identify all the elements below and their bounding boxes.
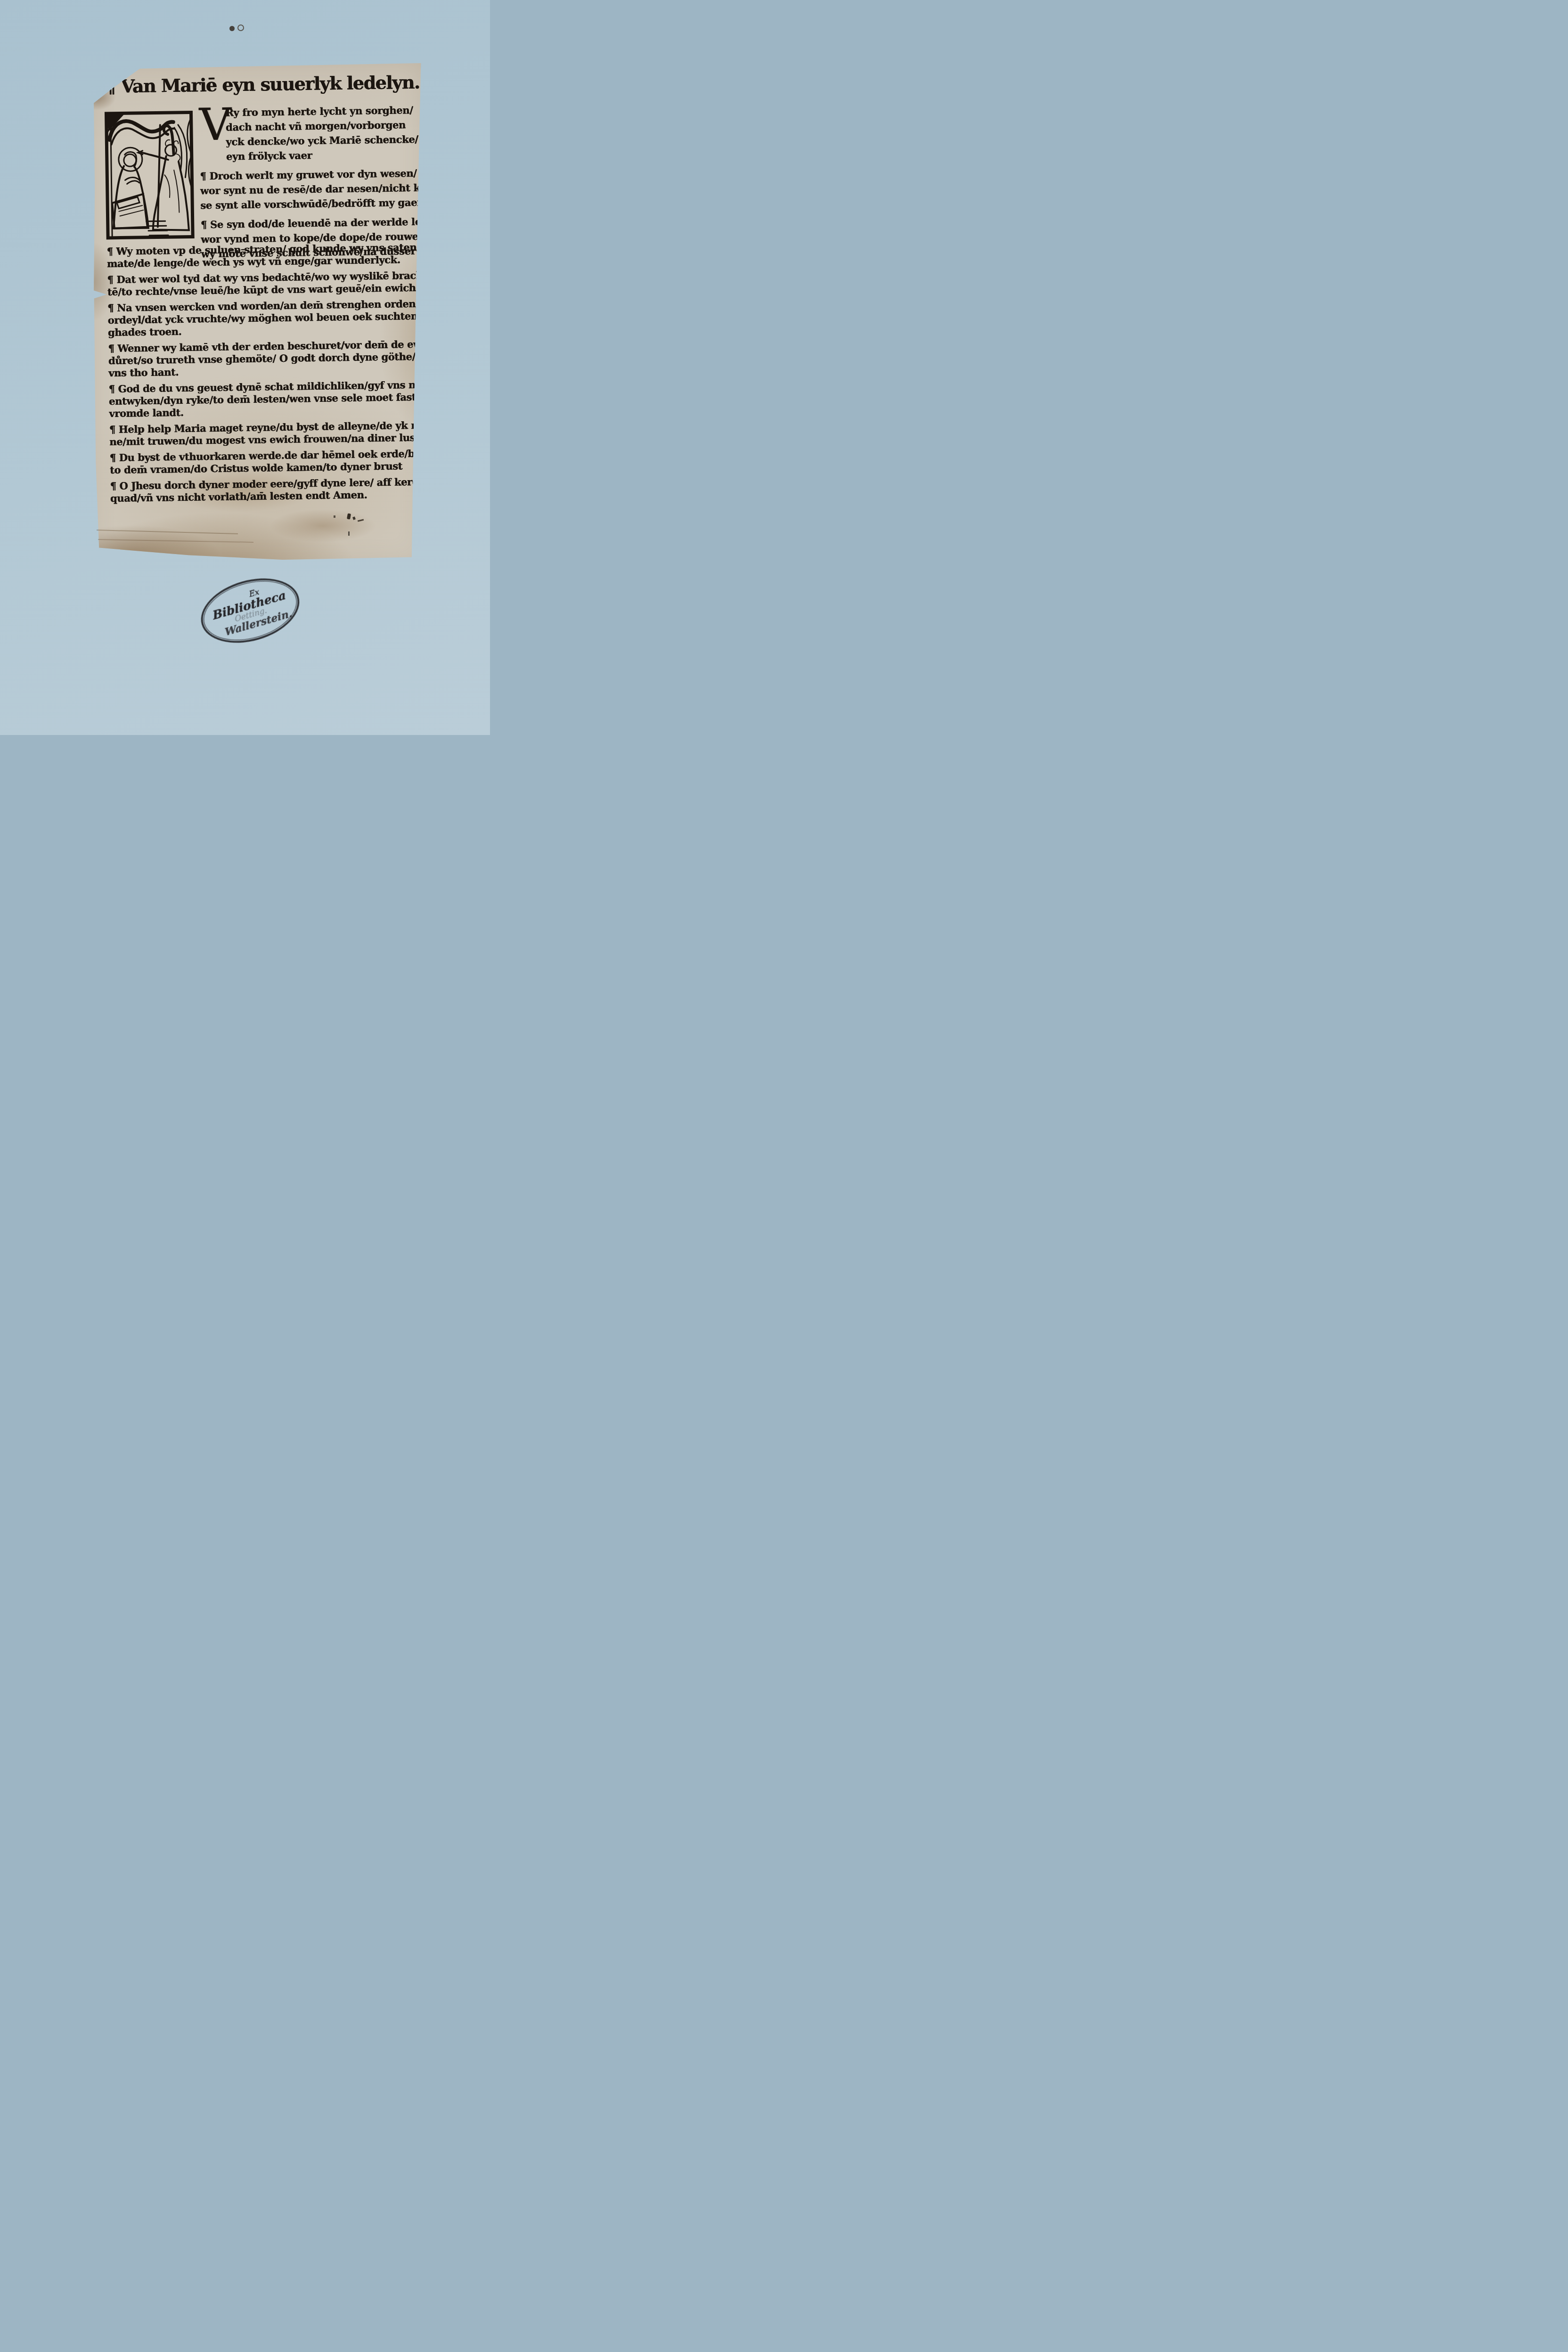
annunciation-woodcut — [103, 108, 196, 241]
full-width-text-block: ¶ Wy moten vp de suluen straten/ god kun… — [106, 241, 419, 508]
stanza-11: ¶ O Jhesu dorch dyner moder eere/gyff dy… — [110, 476, 419, 505]
stanza-8: ¶ God de du vns geuest dynē schat mildic… — [108, 379, 418, 420]
stanza-10: ¶ Du byst de vthuorkaren werde.de dar hē… — [110, 448, 419, 476]
ink-speck — [334, 515, 335, 518]
stanza-7: ¶ Wenner wy kamē vth der erden beschuret… — [108, 338, 417, 379]
printed-content: ¶ Van Mariē eyn suuerlyk ledelyn. — [93, 60, 428, 563]
broadside-leaf: ¶ Van Mariē eyn suuerlyk ledelyn. — [93, 62, 421, 561]
stanza-9: ¶ Help help Maria maget reyne/du byst de… — [109, 419, 419, 448]
poem-line: se synt alle vorschwūdē/bedröfft my gaer… — [200, 195, 415, 212]
page-title: ¶ Van Mariē eyn suuerlyk ledelyn. — [104, 72, 412, 97]
photograph-of-broadside: ¶ Van Mariē eyn suuerlyk ledelyn. — [0, 0, 490, 735]
ink-ring-mark — [237, 24, 244, 31]
lectern — [112, 194, 147, 229]
stanza-2: ¶ Droch werlt my gruwet vor dyn wesen/ w… — [200, 166, 415, 212]
stanza-1: V Ry fro myn herte lycht yn sorghen/ dac… — [199, 103, 414, 164]
cross-staff — [156, 125, 162, 227]
ink-speck — [348, 531, 350, 536]
library-stamp: Ex Bibliotheca Oetting. Wallerstein. — [194, 568, 307, 653]
mary-figure — [113, 147, 148, 229]
poem-line: yck dencke/wo yck Mariē schencke/ — [199, 132, 414, 149]
stanza-4: ¶ Wy moten vp de suluen straten/ god kun… — [106, 241, 416, 270]
banderole-scroll — [107, 121, 175, 155]
ink-dot-mark — [229, 26, 235, 31]
stamp-text: Ex Bibliotheca Oetting. Wallerstein. — [201, 572, 300, 649]
poem-line: eyn frölyck vaer — [200, 147, 414, 164]
stanza-5: ¶ Dat wer wol tyd dat wy vns bedachtē/wo… — [107, 269, 416, 298]
stanza-6: ¶ Na vnsen wercken vnd worden/an dem̄ st… — [107, 298, 417, 339]
drop-cap-initial: V — [199, 106, 222, 150]
